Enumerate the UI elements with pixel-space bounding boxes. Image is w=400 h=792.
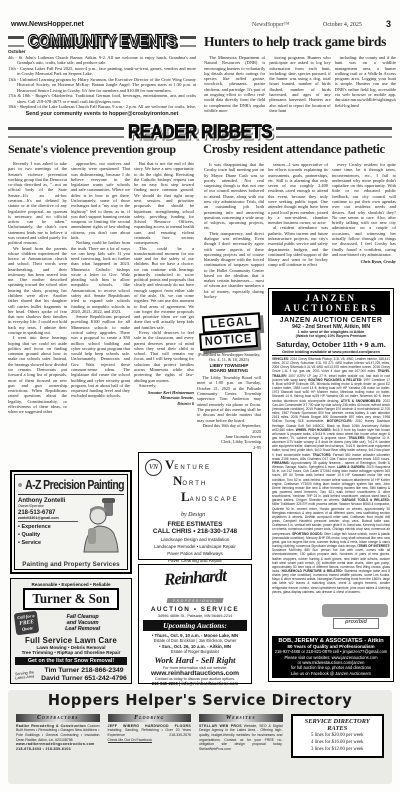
- listing-text: Stainless rectangle table and 8 chairs (…: [272, 569, 390, 594]
- article-column: The Minnesota Department of Natural Reso…: [204, 55, 265, 113]
- banner-rule-left: [8, 36, 24, 47]
- article-column: including: the county and if the hunt wa…: [335, 55, 396, 108]
- auction-item-estate: Estate of Don Erickson | Jan Erickson, O…: [143, 638, 247, 643]
- crosby-article-col2: season—I was appreciative of her efforts…: [268, 162, 328, 283]
- listing-text: Check Me Out On Facebook: [108, 738, 152, 744]
- site-url: www.NewsHopper.net: [11, 21, 84, 28]
- community-events-list: October 4th - St. John's Lutheran Church…: [8, 49, 196, 110]
- az-painting-ad: A-Z Precision Painting Anthony Zontelli …: [10, 470, 132, 574]
- senate-article-col1: Recently I was asked to take part in two…: [8, 161, 67, 464]
- crosshair-logo-icon: [18, 477, 22, 493]
- paragraph: season—I was appreciative of her efforts…: [268, 162, 328, 225]
- reinhardt-address: 34996 480th St., Palisade, MN 56469-2214: [143, 613, 247, 618]
- events-submit-line: Send your community events to hopper@cro…: [8, 111, 196, 117]
- legal-published: (Published in Newshopper Saturday, Oct. …: [197, 352, 261, 363]
- az-bullet: • Quality: [18, 532, 78, 540]
- listing-name: JEFF WIBERG HARDWOOD FLOORS: [108, 724, 192, 728]
- listing-text: Installing, Sanding, Refinishing • Over …: [108, 728, 192, 737]
- reinhardt-ad: Reinhardt PROFESSIONAL AUCTION ▪ SERVICE…: [138, 564, 252, 684]
- logo-letter: L: [181, 489, 190, 504]
- directory-contractors: Contractors Radtke Remodeling & Construc…: [16, 714, 100, 752]
- page-number: 3: [386, 19, 391, 29]
- event-item: 4th - St. John's Lutheran Church Bazaar,…: [8, 55, 196, 66]
- event-item: 17th & 18th - Rutger's Oktoberfest: Trad…: [8, 93, 196, 104]
- legal-heading: BOARD MEETING: [197, 368, 261, 374]
- listing-phone: 218-678-3403 • 218-839-6103: [16, 747, 100, 752]
- masthead: NewsHopper™: [252, 22, 290, 28]
- service-line: Paver Patios and Walkways: [143, 551, 247, 558]
- venture-north-ad: VN VENTURE NORTH LANDSCAPE by Design FRE…: [138, 452, 252, 560]
- janzen-online-line: Online bidding available at www.proxibid…: [272, 349, 390, 356]
- senate-article-col3: But that is not the end of this story. W…: [134, 161, 194, 445]
- reinhardt-slogan: Work Hard - Sell Right: [143, 655, 247, 665]
- service-line: Landscape Design and Installation: [143, 537, 247, 544]
- janzen-date: Saturday, October 11th • 9 a.m.: [272, 340, 390, 349]
- event-item: 11th - Cuyuna Lakes Fall Fest 2025, noon…: [8, 66, 196, 77]
- paragraph: approaches, our motives and sincerity we…: [71, 161, 130, 240]
- newspaper-page: www.NewsHopper.net NewsHopper™ October 4…: [0, 0, 400, 792]
- az-title: A-Z Precision Painting: [25, 478, 124, 493]
- rates-title: SERVICE DIRECTORY RATES: [296, 718, 380, 732]
- legal-body: The Libby Township Board will meet at 1:…: [197, 375, 261, 423]
- service-line: Landscape Remodel • Landscape Repair: [143, 544, 247, 551]
- logo-word: ANDSCAPE: [190, 497, 239, 503]
- fall-line: Leaf Removal: [38, 626, 127, 632]
- legal-notice-text: (Published in Newshopper Saturday, Oct. …: [197, 352, 261, 464]
- janzen-footer-box: BOB, JEREMY & ASSOCIATES - Aitkin 80 Yea…: [272, 636, 390, 678]
- logo-word: ENTURE: [174, 465, 211, 471]
- senate-article-title: Senate's violence prevention group: [8, 142, 198, 157]
- janzen-online-bid-box: [322, 604, 388, 617]
- turner-son-ad: Reasonable • Experienced • Reliable Turn…: [10, 578, 132, 684]
- reinhardt-phone: 218-845-2260 | info@reinhardtauctions.co…: [143, 681, 247, 686]
- directory-flooring: Flooring JEFF WIBERG HARDWOOD FLOORS Ins…: [108, 714, 192, 743]
- venture-logo: VN VENTURE NORTH LANDSCAPE by Design: [143, 457, 247, 519]
- snow-removal-bar: Get on the list for Snow Removal!: [15, 657, 127, 665]
- janzen-signs: (Watch for signs) 10% Buyers Premium: [272, 334, 390, 338]
- badge-line: Quote: [18, 625, 36, 633]
- janzen-contact: 218-927-4488 or 218-821-0879 cell • jimj…: [273, 649, 389, 654]
- listing-text: Website, SEO & Digital Design Agency in …: [199, 724, 283, 752]
- community-events-banner: COMMUNITY EVENTS: [8, 33, 196, 50]
- reader-ribbets-banner-text: READER RIBBETS: [128, 121, 272, 144]
- venture-free-estimates: FREE ESTIMATES: [143, 521, 247, 528]
- turner-tagline: Reasonable • Experienced • Reliable: [15, 582, 127, 587]
- listing-name: STELLAR WEB PROS: [199, 724, 242, 728]
- auction-item-estate: Estate of Roger Burgstaler: [143, 649, 247, 654]
- az-bullet: • Service: [18, 540, 78, 548]
- painter-cartoon: [78, 498, 124, 554]
- paragraph: We heard from the parents whose children…: [8, 246, 67, 336]
- proxibid-logo: proxibid: [333, 618, 379, 629]
- paragraph: But that is not the end of this story. W…: [134, 161, 194, 246]
- turner-services-line: Tree Trimming • RipRap and Shoreline Rep…: [15, 650, 127, 655]
- flooring-header: Flooring: [108, 714, 192, 722]
- janzen-auction-ad: JANZEN AUCTIONEERS JANZEN AUCTION CENTER…: [268, 288, 394, 682]
- directory-websites: Websites STELLAR WEB PROS Website, SEO &…: [199, 714, 283, 752]
- janzen-banner: JANZEN AUCTIONEERS: [272, 291, 390, 315]
- paragraph: every Crosby resident for quite some tim…: [332, 162, 396, 257]
- crosby-article-col3: every Crosby resident for quite some tim…: [332, 162, 396, 283]
- event-item: 13th - Unlimited Learning program by Hil…: [8, 77, 196, 94]
- venture-phone: CALL CHRIS • 218-330-1748: [143, 528, 247, 535]
- contractors-header: Contractors: [16, 714, 100, 722]
- directory-title: Hoppers Helper's Service Directory: [16, 693, 384, 710]
- reinhardt-name: Reinhardt: [142, 564, 247, 591]
- legal-stamp-line2: NOTICE: [199, 329, 258, 351]
- reader-ribbets-banner: READER RIBBETS: [8, 122, 392, 142]
- free-quote-badge: Call for a FREE Quote: [14, 611, 40, 636]
- banner-rule-left: [8, 127, 124, 138]
- janzen-listing: VEHICLES: 2014 Chevy Silverado Pickup, 5…: [272, 357, 390, 625]
- auction-service-label: AUCTION ▪ SERVICE: [143, 606, 247, 613]
- websites-header: Websites: [199, 714, 283, 722]
- logo-tagline: by Design: [181, 512, 205, 518]
- senate-article-col2: approaches, our motives and sincerity we…: [71, 161, 130, 464]
- paragraph: Recently I was asked to take part in two…: [8, 161, 67, 246]
- paragraph: It was disappointing that the Crosby tow…: [204, 162, 264, 231]
- professional-ribbon: PROFESSIONAL: [166, 598, 223, 603]
- event-item: 18th - Shepherd of the Lake Lutheran Chu…: [8, 104, 196, 110]
- paragraph: Every child deserves to feel safe in the…: [134, 330, 194, 383]
- rates-line: 5 lines for $20.00 per week: [296, 732, 380, 739]
- legal-ref: 2-95: [197, 445, 261, 450]
- logo-letter: N: [173, 473, 182, 488]
- legal-dated: Dated this 16th day of September, 2025: [197, 423, 261, 434]
- phone-line: Tim Turner 218-866-2349: [41, 667, 127, 675]
- listing-name: Radtke Remodeling & Construction: [16, 724, 86, 728]
- serving-area: Serving the Lakes Area: [15, 670, 42, 681]
- closing: Sincerely,: [134, 383, 194, 388]
- venture-logo-icon: VN: [145, 459, 162, 476]
- turner-full-service: Full Service Lawn Care: [15, 636, 127, 645]
- banner-rule-right: [276, 127, 392, 138]
- paragraph: This could be a transformational moment …: [134, 246, 194, 331]
- banner-rule-right: [180, 36, 196, 47]
- logo-letter: V: [165, 457, 174, 472]
- paragraph: Nothing could be further from the truth.…: [71, 240, 130, 314]
- signature-district: District 6: [134, 401, 194, 406]
- issue-date: October 4, 2025: [323, 22, 362, 28]
- crosby-article-title: Crosby resident attendance pathetic: [203, 142, 399, 157]
- turner-name: Turner & Son: [25, 591, 117, 608]
- az-owner-role: Owner/Operator: [18, 504, 78, 508]
- reinhardt-website: www.reinhardtauctions.com: [143, 670, 247, 677]
- crosby-signature: Chris Ryan, Crosby: [332, 259, 396, 264]
- hunters-article-title: Hunters to help track game birds: [204, 34, 398, 50]
- crosby-article-col1: It was disappointing that the Crosby tow…: [204, 162, 264, 318]
- paragraph: I went into these hearings hoping that w…: [8, 335, 67, 414]
- senate-signature: Senator Keri Heintzeman Minnesota Senate…: [134, 390, 194, 406]
- rates-line: 4 lines for $16.00 per week: [296, 739, 380, 746]
- phone-line: David Turner 651-242-4796: [41, 675, 127, 683]
- hunters-article-body: The Minnesota Department of Natural Reso…: [204, 55, 396, 123]
- article-column: itoring programs. Hunters who participat…: [269, 55, 330, 113]
- turner-phones: Tim Turner 218-866-2349 David Turner 651…: [41, 667, 127, 683]
- listing-text: 2019 Husqvarna 54 in. cut 212 hours, Cub…: [272, 465, 390, 502]
- janzen-facebook: Like us on Facebook @ Janzen Auctioneers: [273, 671, 389, 676]
- rates-line: 3 lines for $12.00 per week: [296, 746, 380, 753]
- legal-notice-stamp: LEGAL NOTICE: [202, 313, 262, 350]
- service-directory: Hoppers Helper's Service Directory Contr…: [8, 690, 392, 784]
- listing-text: 2014 Chevy Silverado Pickup, 5.3L V8, 4W…: [272, 357, 390, 373]
- janzen-center-name: JANZEN AUCTION CENTER: [272, 317, 390, 324]
- logo-word: ORTH: [182, 481, 207, 487]
- paragraph: Senate Republicans proposed providing $1…: [71, 314, 130, 399]
- directory-rates-box: SERVICE DIRECTORY RATES 5 lines for $20.…: [291, 714, 385, 758]
- az-footer: Painting and Property Services: [18, 561, 124, 568]
- az-bullet: • Experience: [18, 524, 78, 532]
- az-email: zontell3301@gmail.com: [18, 516, 78, 522]
- paragraph: Their transparency, and direct dialogue …: [204, 231, 264, 300]
- paragraph: al resident attendance was pathetic. Whe…: [268, 225, 328, 267]
- upcoming-auctions-bar: Upcoming Auctions:: [143, 620, 247, 631]
- fall-cleanup-text: Fall Cleanup and Vacuum Leaf Removal: [38, 614, 127, 633]
